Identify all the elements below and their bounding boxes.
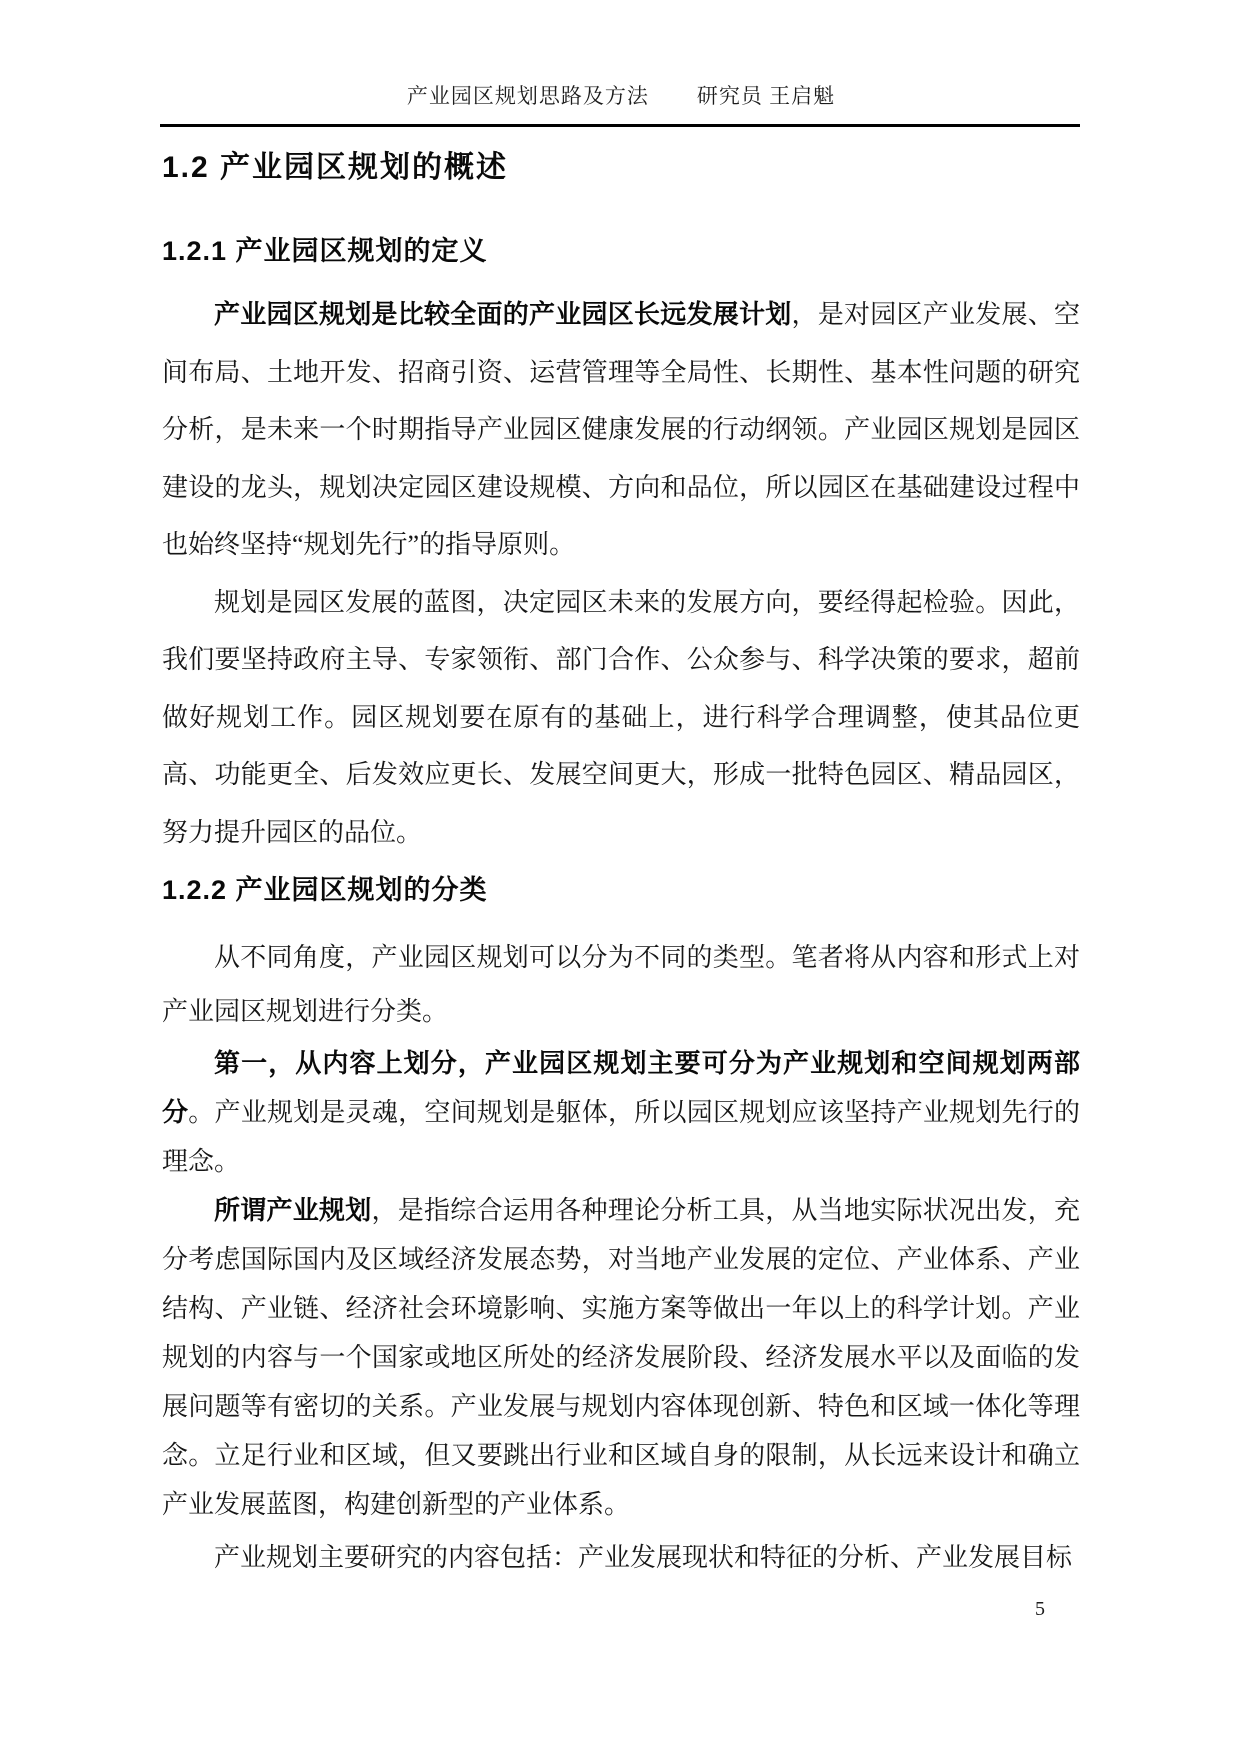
- paragraph-first-division: 第一，从内容上划分，产业园区规划主要可分为产业规划和空间规划两部分。产业规划是灵…: [162, 1039, 1080, 1186]
- paragraph-classification-intro: 从不同角度，产业园区规划可以分为不同的类型。笔者将从内容和形式上对产业园区规划进…: [162, 931, 1080, 1039]
- paragraph-definition-1: 产业园区规划是比较全面的产业园区长远发展计划，是对园区产业发展、空间布局、土地开…: [162, 286, 1080, 574]
- bold-lead-definition: 产业园区规划是比较全面的产业园区长远发展计划: [214, 299, 791, 329]
- subsection-heading-1-2-2: 1.2.2 产业园区规划的分类: [162, 871, 1080, 909]
- paragraph-research-content: 产业规划主要研究的内容包括：产业发展现状和特征的分析、产业发展目标: [162, 1533, 1080, 1582]
- header-author: 研究员 王启魁: [697, 80, 835, 110]
- paragraph-industry-planning-text: ，是指综合运用各种理论分析工具，从当地实际状况出发，充分考虑国际国内及区域经济发…: [162, 1196, 1080, 1519]
- paragraph-definition-1-text: ，是对园区产业发展、空间布局、土地开发、招商引资、运营管理等全局性、长期性、基本…: [162, 300, 1080, 559]
- paragraph-industry-planning: 所谓产业规划，是指综合运用各种理论分析工具，从当地实际状况出发，充分考虑国际国内…: [162, 1186, 1080, 1529]
- header-doc-title: 产业园区规划思路及方法: [407, 80, 649, 110]
- paragraph-definition-2-text: 规划是园区发展的蓝图，决定园区未来的发展方向，要经得起检验。因此，我们要坚持政府…: [162, 588, 1080, 847]
- document-page: 产业园区规划思路及方法 研究员 王启魁 1.2 产业园区规划的概述 1.2.1 …: [0, 0, 1241, 1754]
- bold-lead-industry-planning: 所谓产业规划: [214, 1195, 372, 1225]
- document-body: 1.2 产业园区规划的概述 1.2.1 产业园区规划的定义 产业园区规划是比较全…: [162, 146, 1080, 1582]
- page-header: 产业园区规划思路及方法 研究员 王启魁: [161, 80, 1081, 110]
- page-number: 5: [1035, 1598, 1045, 1621]
- section-heading-1-2: 1.2 产业园区规划的概述: [162, 146, 1080, 190]
- paragraph-definition-2: 规划是园区发展的蓝图，决定园区未来的发展方向，要经得起检验。因此，我们要坚持政府…: [162, 574, 1080, 862]
- paragraph-research-content-text: 产业规划主要研究的内容包括：产业发展现状和特征的分析、产业发展目标: [214, 1543, 1072, 1572]
- subsection-heading-1-2-1: 1.2.1 产业园区规划的定义: [162, 232, 1080, 270]
- paragraph-first-division-text: 。产业规划是灵魂，空间规划是躯体，所以园区规划应该坚持产业规划先行的理念。: [162, 1098, 1080, 1176]
- paragraph-classification-intro-text: 从不同角度，产业园区规划可以分为不同的类型。笔者将从内容和形式上对产业园区规划进…: [162, 943, 1080, 1026]
- header-divider: [160, 124, 1080, 127]
